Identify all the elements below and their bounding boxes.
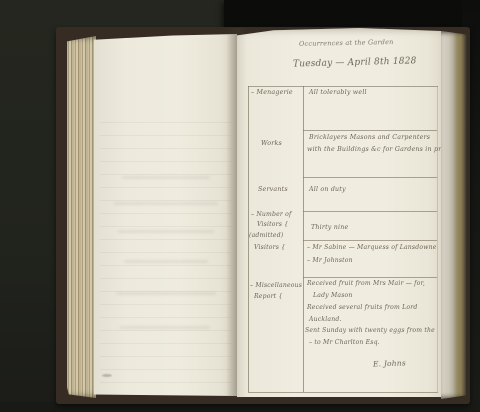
row-entry-servants: All on duty xyxy=(309,186,346,193)
ink-smudge xyxy=(102,374,112,377)
row-entry-visitor-count: Thirty nine xyxy=(311,224,348,231)
row-entry-misc-2: Lady Mason xyxy=(313,292,353,299)
showthrough-smudge xyxy=(122,176,210,179)
table-rule xyxy=(303,177,437,178)
table-border-right xyxy=(437,86,438,392)
table-rule xyxy=(303,211,437,212)
table-rule xyxy=(303,277,437,278)
row-label-servants: Servants xyxy=(258,186,288,193)
book-scan-photo: Occurrences at the Garden Tuesday — Apri… xyxy=(0,0,480,412)
row-entry-misc-6: – to Mr Charlton Esq. xyxy=(309,339,380,346)
showthrough-smudge xyxy=(116,292,216,295)
left-page-ruling xyxy=(100,122,231,390)
table-border-bottom xyxy=(248,392,438,393)
signature: E. Johns xyxy=(373,358,406,368)
row-label-misc-1: – Miscellaneous xyxy=(250,282,302,289)
showthrough-smudge xyxy=(124,260,208,263)
showthrough-smudge xyxy=(118,230,214,233)
table-border-top xyxy=(248,86,438,87)
page-edges-left xyxy=(67,36,96,398)
row-label-menagerie: – Menagerie xyxy=(251,89,293,96)
table-rule xyxy=(303,130,437,131)
page-edges-right xyxy=(441,31,467,399)
row-entry-misc-4: Auckland. xyxy=(309,316,342,323)
row-entry-visitor-names-1: – Mr Sabine — Marquess of Lansdowne xyxy=(307,244,437,251)
table-divider xyxy=(303,86,304,392)
showthrough-smudge xyxy=(114,202,218,205)
row-label-visitors-4: Visitors { xyxy=(254,244,285,251)
row-label-visitors-1: – Number of xyxy=(251,211,292,218)
row-entry-works-2: with the Buildings &c for Gardens in pro… xyxy=(307,146,464,153)
row-entry-menagerie: All tolerably well xyxy=(309,89,367,96)
row-entry-misc-1: Received fruit from Mrs Mair — for, xyxy=(307,280,425,287)
right-page: Occurrences at the Garden Tuesday — Apri… xyxy=(237,28,441,397)
row-label-works: Works xyxy=(261,140,282,147)
table-rule xyxy=(303,240,437,241)
row-entry-misc-5: Sent Sunday with twenty eggs from the xyxy=(305,327,435,334)
row-label-misc-2: Report { xyxy=(254,293,283,300)
row-label-visitors-3: (admitted) xyxy=(249,232,283,239)
row-entry-misc-3: Received several fruits from Lord xyxy=(307,304,418,311)
table-border-left xyxy=(248,86,249,392)
showthrough-smudge xyxy=(120,326,210,329)
page-heading: Occurrences at the Garden xyxy=(299,38,394,48)
row-entry-works-1: Bricklayers Masons and Carpenters xyxy=(309,134,430,141)
row-label-visitors-2: Visitors { xyxy=(257,221,288,228)
page-date: Tuesday — April 8th 1828 xyxy=(293,56,417,69)
left-page xyxy=(94,34,237,396)
row-entry-visitor-names-2: – Mr Johnston xyxy=(307,257,353,264)
